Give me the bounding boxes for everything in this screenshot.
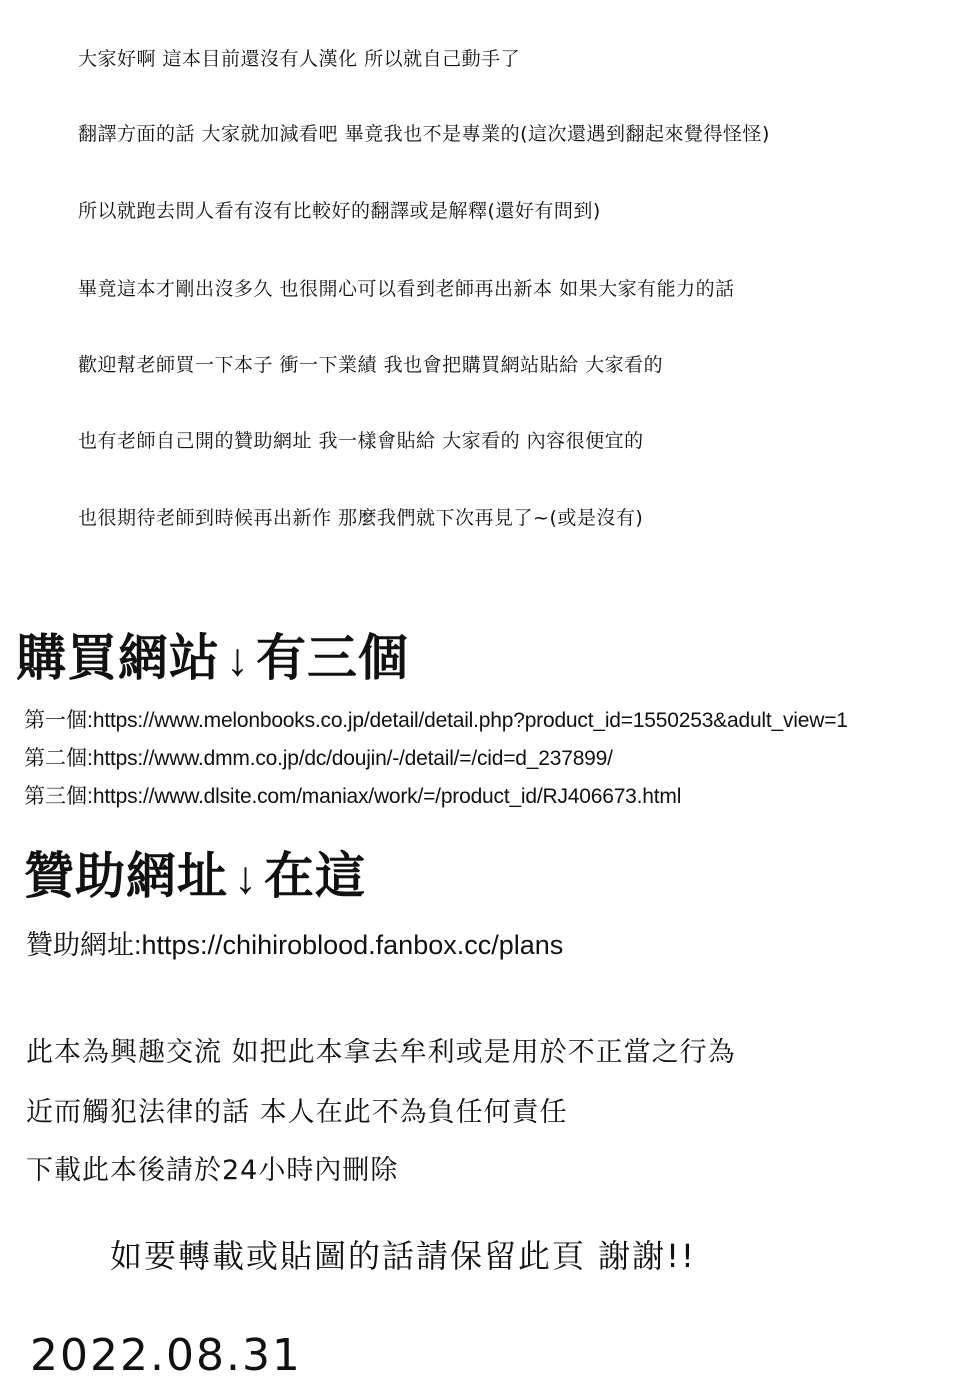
down-arrow-icon: ↓ xyxy=(226,631,250,687)
sponsor-heading-left: 贊助網址 xyxy=(24,848,228,904)
disclaimer-line: 此本為興趣交流 如把此本拿去牟利或是用於不正當之行為 xyxy=(26,1036,736,1070)
purchase-link-3[interactable]: 第三個:https://www.dlsite.com/maniax/work/=… xyxy=(24,784,681,810)
purchase-heading-left: 購買網站 xyxy=(16,630,220,686)
intro-line: 也有老師自己開的贊助網址 我一樣會貼給 大家看的 內容很便宜的 xyxy=(78,429,644,453)
sponsor-heading-right: 在這 xyxy=(264,848,366,904)
purchase-heading: 購買網站↓有三個 xyxy=(16,630,409,687)
link-url[interactable]: https://www.dmm.co.jp/dc/doujin/-/detail… xyxy=(93,747,613,770)
intro-line: 所以就跑去問人看有沒有比較好的翻譯或是解釋(還好有問到) xyxy=(78,199,601,223)
disclaimer-line: 下載此本後請於24小時內刪除 xyxy=(26,1154,398,1188)
purchase-link-2[interactable]: 第二個:https://www.dmm.co.jp/dc/doujin/-/de… xyxy=(24,746,613,772)
sponsor-heading: 贊助網址↓在這 xyxy=(24,848,366,905)
repost-notice: 如要轉載或貼圖的話請保留此頁 謝謝!! xyxy=(110,1236,696,1276)
purchase-heading-right: 有三個 xyxy=(256,630,409,686)
link-prefix: 贊助網址: xyxy=(26,930,142,960)
link-prefix: 第一個: xyxy=(24,709,93,732)
link-prefix: 第二個: xyxy=(24,747,93,770)
purchase-link-1[interactable]: 第一個:https://www.melonbooks.co.jp/detail/… xyxy=(24,708,848,734)
intro-line: 畢竟這本才剛出沒多久 也很開心可以看到老師再出新本 如果大家有能力的話 xyxy=(78,277,735,301)
link-url[interactable]: https://chihiroblood.fanbox.cc/plans xyxy=(142,930,564,960)
sponsor-link[interactable]: 贊助網址:https://chihiroblood.fanbox.cc/plan… xyxy=(26,929,563,961)
down-arrow-icon: ↓ xyxy=(234,849,258,905)
intro-line: 翻譯方面的話 大家就加減看吧 畢竟我也不是專業的(這次還遇到翻起來覺得怪怪) xyxy=(78,122,770,146)
intro-line: 也很期待老師到時候再出新作 那麼我們就下次再見了~(或是沒有) xyxy=(78,506,643,530)
link-url[interactable]: https://www.dlsite.com/maniax/work/=/pro… xyxy=(93,785,681,808)
link-prefix: 第三個: xyxy=(24,785,93,808)
disclaimer-line: 近而觸犯法律的話 本人在此不為負任何責任 xyxy=(26,1096,568,1130)
link-url[interactable]: https://www.melonbooks.co.jp/detail/deta… xyxy=(93,709,848,732)
intro-line: 大家好啊 這本目前還沒有人漢化 所以就自己動手了 xyxy=(78,47,520,71)
intro-line: 歡迎幫老師買一下本子 衝一下業績 我也會把購買網站貼給 大家看的 xyxy=(78,353,663,377)
date-stamp: 2022.08.31 xyxy=(30,1332,302,1380)
